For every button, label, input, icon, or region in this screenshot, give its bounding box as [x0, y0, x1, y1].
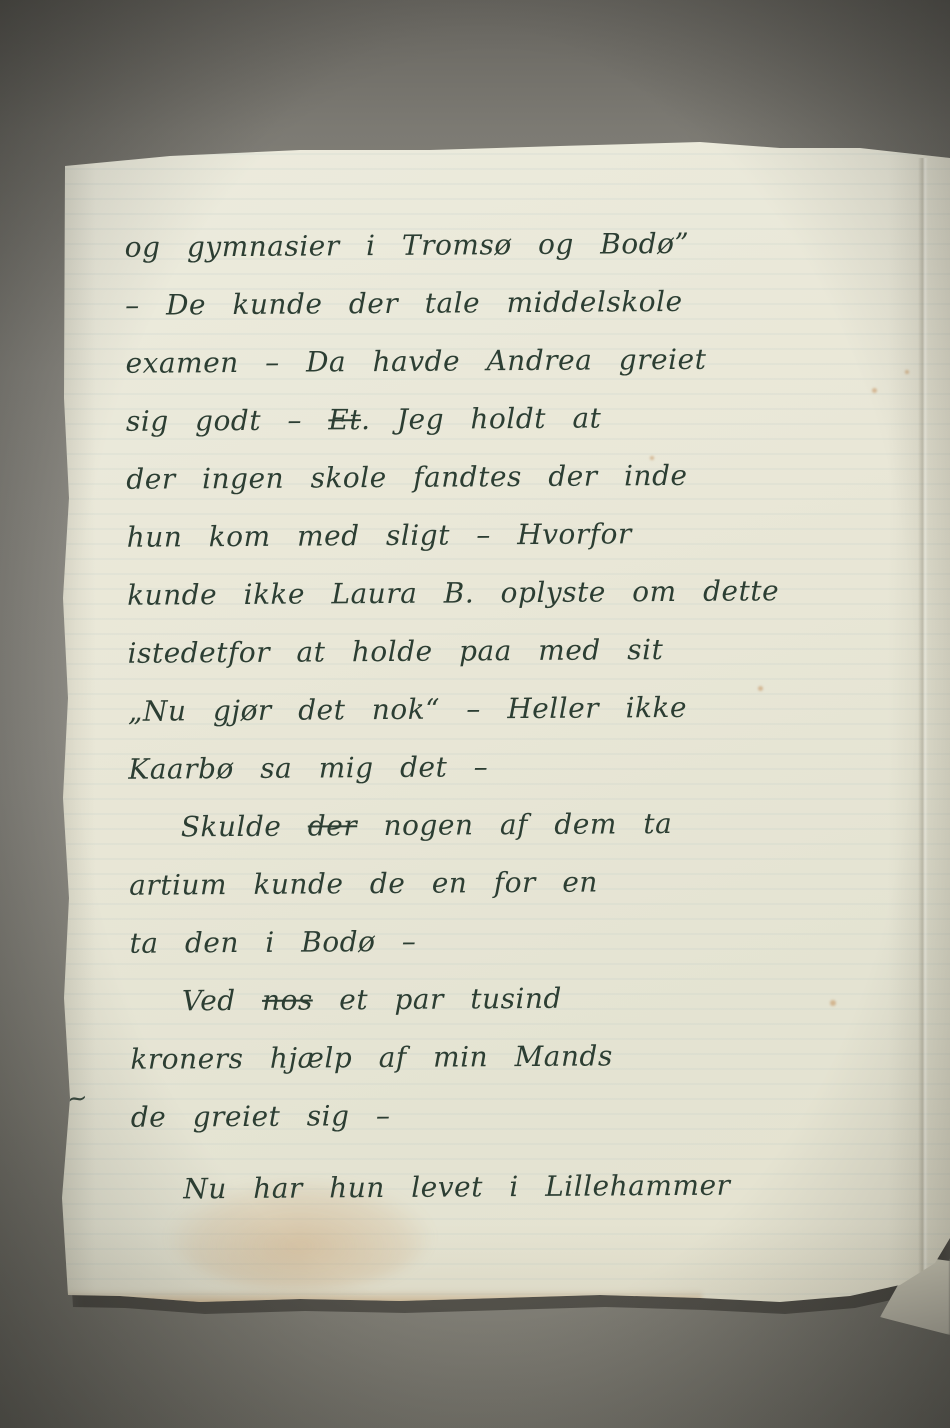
handwriting-text: hun kom med sligt – Hvorfor [127, 517, 632, 554]
manuscript-photo: og gymnasier i Tromsø og Bodø”– De kunde… [0, 0, 950, 1428]
handwriting-text: Skulde [181, 810, 308, 844]
handwriting-text: der ingen skole fandtes der inde [126, 459, 687, 496]
handwriting-line: de greiet sig – [131, 1083, 931, 1147]
handwriting-text: Kaarbø sa mig det – [128, 750, 488, 786]
struck-word: Et [328, 403, 361, 436]
handwriting-line: Nu har hun levet i Lillehammer [131, 1155, 931, 1219]
handwriting-line: ta den i Bodø – [129, 909, 929, 973]
handwriting-line: Skulde der nogen af dem ta [129, 793, 929, 857]
handwriting-line: istedetfor at holde paa med sit [127, 619, 927, 683]
handwriting-line: kunde ikke Laura B. oplyste om dette [127, 561, 927, 625]
handwriting-line: sig godt – Et. Jeg holdt at [126, 387, 926, 451]
handwriting-line: og gymnasier i Tromsø og Bodø” [125, 213, 925, 277]
handwriting-line: hun kom med sligt – Hvorfor [127, 503, 927, 567]
handwriting-text: istedetfor at holde paa med sit [127, 633, 663, 670]
handwriting-text: de greiet sig – [131, 1099, 391, 1134]
handwriting-text: Nu har hun levet i Lillehammer [183, 1169, 730, 1206]
manuscript-page: og gymnasier i Tromsø og Bodø”– De kunde… [60, 138, 950, 1318]
handwriting-text: examen – Da havde Andrea greiet [125, 343, 706, 380]
struck-word: der [308, 809, 358, 842]
margin-insertion-mark: ~ [64, 1083, 90, 1116]
handwriting-text: nogen af dem ta [357, 807, 672, 842]
handwriting-text: et par tusind [313, 982, 562, 1017]
handwriting-lines: og gymnasier i Tromsø og Bodø”– De kunde… [125, 213, 932, 1219]
handwriting-text: – De kunde der tale middelskole [125, 285, 683, 322]
handwriting-line: – De kunde der tale middelskole [125, 271, 925, 335]
handwriting-text: Ved [182, 984, 262, 1018]
handwriting-line: examen – Da havde Andrea greiet [125, 329, 925, 393]
handwriting-line: Ved nos et par tusind [130, 967, 930, 1031]
handwriting-text: „Nu gjør det nok“ – Heller ikke [128, 691, 687, 728]
handwriting-text: artium kunde de en for en [129, 866, 598, 902]
struck-word: nos [262, 984, 313, 1017]
handwriting-text: . Jeg holdt at [361, 401, 602, 436]
handwriting-line: kroners hjælp af min Mands [130, 1025, 930, 1089]
handwriting-text: sig godt – [126, 403, 329, 437]
handwriting-text: ta den i Bodø – [129, 925, 416, 960]
handwriting-text: og gymnasier i Tromsø og Bodø” [125, 227, 690, 264]
handwriting-text: kunde ikke Laura B. oplyste om dette [127, 574, 779, 612]
handwriting-line: „Nu gjør det nok“ – Heller ikke [128, 677, 928, 741]
handwriting-text: kroners hjælp af min Mands [130, 1039, 613, 1075]
handwriting-line: artium kunde de en for en [129, 851, 929, 915]
handwriting-line: Kaarbø sa mig det – [128, 735, 928, 799]
handwriting-line: der ingen skole fandtes der inde [126, 445, 926, 509]
